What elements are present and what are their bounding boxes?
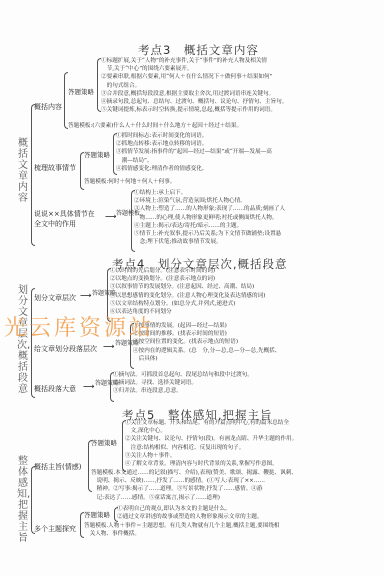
theme-strategy-list: ①关注文章标题、开头和结尾。有的开篇点明中心,有的篇末总结全 文,深化中心。 ②… xyxy=(125,419,297,468)
section3-title: 考点3 概括文章内容 xyxy=(138,42,259,58)
arrow-icon: ⟶ xyxy=(83,382,94,391)
theme-strategy-label: 答题策略 xyxy=(91,438,117,447)
multi-theme-template: 答题模板.人物＋事件＝主题思想。有几类人物就有几个主题,概括主题,要围绕相 关人… xyxy=(84,522,280,538)
layers-strategy-label: 答题策略 xyxy=(92,290,106,297)
arrow-icon: ⟶ xyxy=(105,212,116,221)
summary-template: 答题模板:(六要素)什么人＋什么时间＋什么地方＋起因＋经过＋结果。 xyxy=(68,122,242,130)
main-idea-list: ①摘句法。可抓段首总起句、段尾总结句和段中过渡句。 ②摘词法。寻找、选择关键词语… xyxy=(113,371,253,396)
main-idea-strategy-label: 答题策略 xyxy=(95,380,109,387)
role-label-line1: 说说××具体情节在 xyxy=(34,209,95,219)
summary-bracket xyxy=(64,72,68,129)
section3-side-label: 概括文章内容 xyxy=(17,138,29,204)
multi-theme-label: 多个主题探究 xyxy=(34,524,76,534)
summary-strategy-list: ①标题扩展,关于“人物”的补充事件,关于“事件”的补充人物及相关情 节,关于“中… xyxy=(101,57,287,114)
multi-theme-strategy-label: 答题策略 xyxy=(84,510,110,519)
watermark: 光云库资源站 xyxy=(4,311,154,342)
theme-label: 概括主旨(情感) xyxy=(34,462,81,472)
layers-list: ①以时间的先后划分。(注意表示时间的词) ②以地点的变换划分。(注意表示地点的词… xyxy=(110,267,265,316)
plot-strategy-list: ①抓时间标志:表示时间变化的词语。 ②抓地点转移:表示地点转移的词语。 ③抓情节… xyxy=(116,132,272,173)
multi-theme-strategy-list: ①表明自己的观点,即认为本文的主题是什么。 ②通过文章讲述的故事或塑造的人物形象… xyxy=(117,505,262,521)
layers-label: 划分文章层次 xyxy=(34,293,76,303)
theme-template: 答题模板.本文通过……的记叙(描写、介绍),表现(赞美、歌颂、揭露、鞭挞、讽刺、… xyxy=(91,469,297,502)
plot-template: 答题模板:何时＋何地＋何人＋何事。 xyxy=(84,178,175,186)
paragraph-layers-label: 给文章划分段落层次 xyxy=(34,344,97,354)
section4-bracket xyxy=(31,288,35,398)
plot-label: 梳理故事情节 xyxy=(34,163,76,173)
arrow-icon: ⟶ xyxy=(103,342,114,351)
arrow-icon: ⟶ xyxy=(80,291,91,300)
role-template-label: 答题模板 xyxy=(116,210,130,217)
role-list: ①结构上:承上启下。 ②环境上:渲染气氛,营造氛围;烘托人物心情。 ③人物上:塑… xyxy=(134,189,285,246)
summary-strategy-label: 答题策略 xyxy=(68,87,94,96)
plot-strategy-label: 答题策略 xyxy=(84,150,110,159)
summary-label: 概括内容 xyxy=(34,102,62,112)
paragraph-layers-list: ①按事情的发展。(起因—经过—结果) ②按时间的推移。(找表示时间的短语) ③按… xyxy=(133,322,280,363)
role-label-line2: 全文中的作用 xyxy=(34,219,76,229)
main-idea-label: 概括段落大意 xyxy=(34,384,76,394)
section5-side-label: 整体感知,把握主旨 xyxy=(17,456,29,544)
